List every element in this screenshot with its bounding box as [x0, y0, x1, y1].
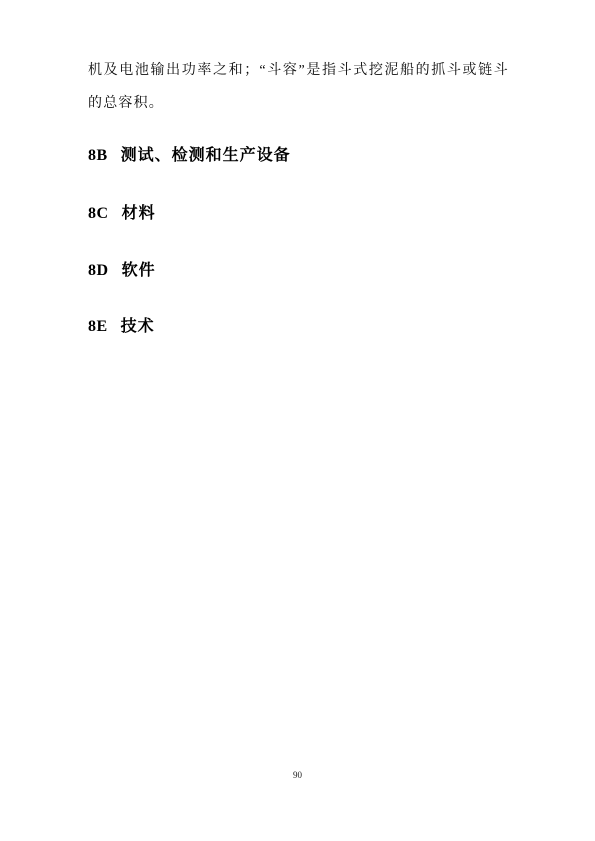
section-heading-8e: 8E 技术 [88, 317, 155, 337]
page-number: 90 [293, 770, 302, 780]
section-number-8b: 8B [88, 147, 108, 164]
section-number-8e: 8E [88, 318, 108, 335]
page-footer: 90 [0, 765, 595, 783]
section-number-8c: 8C [88, 205, 109, 222]
section-title-8b: 测试、检测和生产设备 [121, 147, 291, 164]
document-page: 机及电池输出功率之和；“斗容”是指斗式挖泥船的抓斗或链斗的总容积。 8B 测试、… [0, 0, 595, 841]
section-heading-8d: 8D 软件 [88, 261, 156, 281]
section-heading-8c: 8C 材料 [88, 204, 156, 224]
section-heading-8b: 8B 测试、检测和生产设备 [88, 146, 291, 166]
body-paragraph: 机及电池输出功率之和；“斗容”是指斗式挖泥船的抓斗或链斗的总容积。 [88, 54, 509, 120]
section-title-8e: 技术 [121, 318, 155, 335]
section-number-8d: 8D [88, 262, 109, 279]
section-title-8d: 软件 [122, 262, 156, 279]
section-title-8c: 材料 [122, 205, 156, 222]
